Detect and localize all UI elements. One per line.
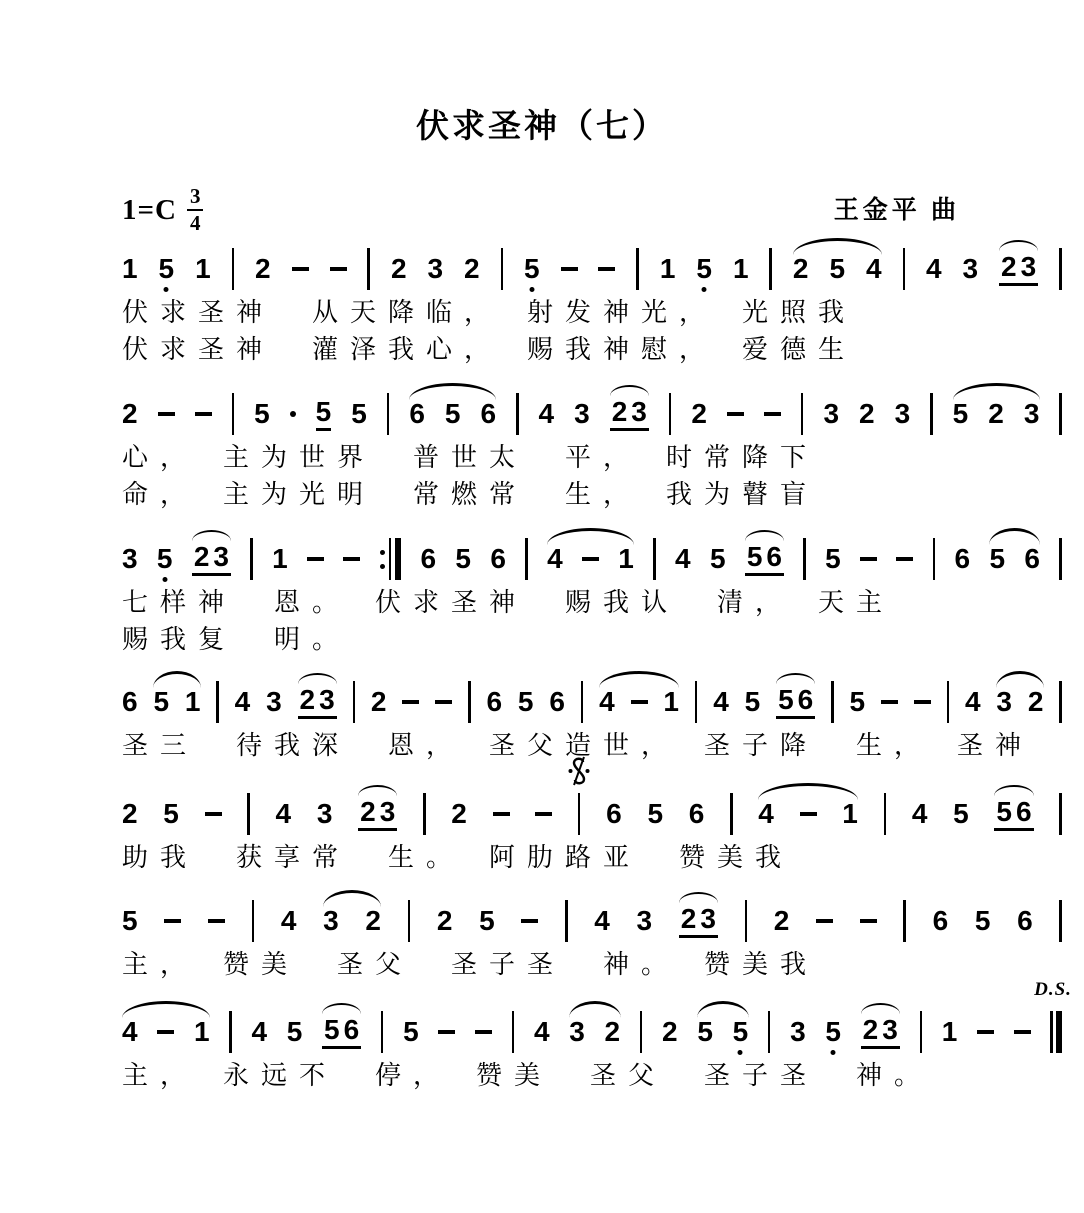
note: 2 — [360, 798, 376, 826]
barline — [512, 1011, 515, 1053]
note: 6 — [549, 688, 565, 716]
note: 3 — [266, 688, 282, 716]
page-title: 伏求圣神（七） — [0, 100, 1084, 147]
note: 2 — [1028, 688, 1044, 716]
barline — [387, 393, 390, 435]
barline-stroke — [389, 538, 392, 580]
barline — [1059, 248, 1062, 290]
duration-dash — [164, 919, 181, 923]
barline — [1059, 900, 1062, 942]
note: 1 — [195, 255, 211, 283]
barline — [695, 681, 698, 723]
note: 4 — [912, 800, 928, 828]
note: 2 — [859, 400, 875, 428]
note: 5 — [163, 800, 179, 828]
note: 4 — [758, 800, 774, 828]
note: 6 — [955, 545, 971, 573]
duration-dash — [727, 412, 744, 416]
duration-dash — [330, 267, 347, 271]
note: 4 — [547, 545, 563, 573]
notation-row: 651432326564145565432 — [122, 678, 1062, 726]
note: 5 — [953, 800, 969, 828]
notation-row: 352316564145565656 — [122, 535, 1062, 583]
key-time-signature: 1=C 3 4 — [122, 186, 203, 234]
note: 3 — [213, 543, 229, 571]
note: 3 — [996, 688, 1012, 716]
barline-stroke — [1059, 681, 1062, 723]
note: 5 — [953, 400, 969, 428]
duration-dash — [881, 700, 898, 704]
note: 5 — [351, 400, 367, 428]
barline — [216, 681, 219, 723]
barline-stroke — [803, 538, 806, 580]
barline — [1059, 681, 1062, 723]
barline-stroke — [947, 681, 950, 723]
note: 3 — [790, 1018, 806, 1046]
note: 6 — [409, 400, 425, 428]
note: 3 — [319, 686, 335, 714]
note: 2 — [122, 400, 138, 428]
note: 3 — [631, 398, 647, 426]
note: 5 — [153, 688, 169, 716]
note: 5 — [122, 907, 138, 935]
note: 6 — [1016, 798, 1032, 826]
duration-dash — [157, 1030, 174, 1034]
note-pair: 23 — [358, 798, 397, 831]
barline-stroke — [381, 1011, 384, 1053]
note: 4 — [539, 400, 555, 428]
note: 2 — [194, 543, 210, 571]
note: 6 — [933, 907, 949, 935]
note: 5 — [975, 907, 991, 935]
barline-stroke — [831, 681, 834, 723]
notation-row: 151223251512544323 — [122, 245, 1062, 293]
note: 2 — [691, 400, 707, 428]
barline — [903, 900, 906, 942]
barline — [229, 1011, 232, 1053]
barline-stroke — [353, 681, 356, 723]
segno-icon — [568, 755, 590, 792]
duration-dash — [438, 1030, 455, 1034]
duration-dash — [402, 700, 419, 704]
barline-stroke — [769, 248, 772, 290]
barline-stroke — [408, 900, 411, 942]
barline — [730, 793, 733, 835]
note: 3 — [1024, 400, 1040, 428]
duration-dash — [435, 700, 452, 704]
note: 5 — [403, 1018, 419, 1046]
barline-stroke — [1059, 393, 1062, 435]
note-pair: 23 — [999, 253, 1038, 286]
barline-stroke — [250, 538, 253, 580]
barline-stroke — [653, 538, 656, 580]
note: 5 — [989, 545, 1005, 573]
time-signature-denominator: 4 — [190, 211, 201, 234]
lyric-line: 心， 主为世界 普世太 平， 时常降下 — [122, 440, 1062, 475]
barline-stroke — [512, 1011, 515, 1053]
note: 5 — [710, 545, 726, 573]
barline-stroke — [525, 538, 528, 580]
note-pair: 56 — [776, 686, 815, 719]
note: 5 — [159, 255, 175, 283]
note: 4 — [594, 907, 610, 935]
note-pair: 23 — [192, 543, 231, 576]
note: 5 — [849, 688, 865, 716]
music-system: 414556543225535231D.S.主， 永远不 停， 赞美 圣父 圣子… — [122, 1008, 1062, 1093]
key-signature: 1=C — [122, 194, 177, 227]
note: 2 — [863, 1016, 879, 1044]
note: 2 — [122, 800, 138, 828]
note: 1 — [842, 800, 858, 828]
augmentation-dot — [290, 411, 296, 417]
barline-stroke — [367, 248, 370, 290]
barline — [933, 538, 936, 580]
note: 5 — [778, 686, 794, 714]
note-pair: 23 — [861, 1016, 900, 1049]
lyric-line: 命， 主为光明 常燃常 生， 我为瞽盲 — [122, 477, 1062, 512]
barline-stroke — [516, 393, 519, 435]
barline — [423, 793, 426, 835]
barline — [247, 793, 250, 835]
barline-stroke — [640, 1011, 643, 1053]
time-signature: 3 4 — [187, 186, 204, 234]
note: 4 — [965, 688, 981, 716]
note: 3 — [380, 798, 396, 826]
note: 2 — [681, 905, 697, 933]
note: 4 — [599, 688, 615, 716]
duration-dash — [195, 412, 212, 416]
music-system: 651432326564145565432圣三 待我深 恩， 圣父造世， 圣子降… — [122, 678, 1062, 763]
time-signature-numerator: 3 — [187, 186, 204, 211]
lyric-line: 助我 获享常 生。 阿肋路亚 赞美我 — [122, 840, 1062, 875]
barline — [831, 681, 834, 723]
barline-stroke — [229, 1011, 232, 1053]
music-system: 151223251512544323伏求圣神 从天降临， 射发神光， 光照我伏求… — [122, 245, 1062, 367]
notation-row: 255565643232323523 — [122, 390, 1062, 438]
notation-row: 2543232656414556 — [122, 790, 1062, 838]
duration-dash — [521, 919, 538, 923]
barline-stroke — [730, 793, 733, 835]
barline-stroke — [247, 793, 250, 835]
barline-stroke — [669, 393, 672, 435]
note: 3 — [1021, 253, 1037, 281]
note: 3 — [882, 1016, 898, 1044]
barline-stroke — [1059, 793, 1062, 835]
note: 5 — [479, 907, 495, 935]
note: 5 — [316, 398, 332, 431]
barline-stroke — [1050, 1011, 1053, 1053]
barline-stroke — [578, 793, 581, 835]
note: 5 — [747, 543, 763, 571]
lyric-line: 伏求圣神 灌泽我心， 赐我神慰， 爱德生 — [122, 332, 1062, 367]
barline — [768, 1011, 771, 1053]
note-pair: 56 — [745, 543, 784, 576]
note: 5 — [996, 798, 1012, 826]
note: 5 — [696, 255, 712, 283]
repeat-barline — [380, 538, 402, 580]
note: 5 — [324, 1016, 340, 1044]
barline — [920, 1011, 923, 1053]
barline — [803, 538, 806, 580]
barline-stroke — [216, 681, 219, 723]
duration-dash — [896, 557, 913, 561]
note: 6 — [689, 800, 705, 828]
note: 6 — [421, 545, 437, 573]
note: 1 — [122, 255, 138, 283]
barline — [1059, 393, 1062, 435]
barline — [565, 900, 568, 942]
note: 4 — [235, 688, 251, 716]
barline-stroke — [387, 393, 390, 435]
barline — [801, 393, 804, 435]
note: 4 — [675, 545, 691, 573]
barline — [232, 248, 235, 290]
barline — [930, 393, 933, 435]
note: 6 — [606, 800, 622, 828]
note: 3 — [895, 400, 911, 428]
barline — [884, 793, 887, 835]
lyric-line: 主， 永远不 停， 赞美 圣父 圣子圣 神。 — [122, 1058, 1062, 1093]
note: 6 — [486, 688, 502, 716]
barline-stroke — [1059, 538, 1062, 580]
note: 2 — [988, 400, 1004, 428]
duration-dash — [343, 557, 360, 561]
barline-stroke — [468, 681, 471, 723]
note: 2 — [437, 907, 453, 935]
note: 5 — [825, 1018, 841, 1046]
barline-stroke — [581, 681, 584, 723]
barline — [636, 248, 639, 290]
barline — [1059, 793, 1062, 835]
note: 2 — [464, 255, 480, 283]
barline-stroke — [1059, 248, 1062, 290]
duration-dash — [860, 919, 877, 923]
duration-dash — [582, 557, 599, 561]
note: 6 — [480, 400, 496, 428]
barline-stroke — [636, 248, 639, 290]
note: 6 — [344, 1016, 360, 1044]
barline — [232, 393, 235, 435]
barline-stroke — [695, 681, 698, 723]
duration-dash — [860, 557, 877, 561]
duration-dash — [561, 267, 578, 271]
note: 5 — [647, 800, 663, 828]
barline — [653, 538, 656, 580]
barline-stroke — [884, 793, 887, 835]
duration-dash — [1014, 1030, 1031, 1034]
note: 6 — [766, 543, 782, 571]
note: 4 — [251, 1018, 267, 1046]
note: 6 — [798, 686, 814, 714]
barline — [353, 681, 356, 723]
note: 2 — [365, 907, 381, 935]
barline — [525, 538, 528, 580]
note: 2 — [451, 800, 467, 828]
music-system: 54322543232656主， 赞美 圣父 圣子圣 神。 赞美我 — [122, 897, 1062, 982]
composer-credit: 王金平 曲 — [834, 190, 960, 226]
barline — [669, 393, 672, 435]
notation-row: 414556543225535231D.S. — [122, 1008, 1062, 1056]
note: 5 — [745, 688, 761, 716]
barline-stroke — [930, 393, 933, 435]
duration-dash — [158, 412, 175, 416]
note: 5 — [455, 545, 471, 573]
note: 3 — [636, 907, 652, 935]
music-system: 2543232656414556助我 获享常 生。 阿肋路亚 赞美我 — [122, 790, 1062, 875]
barline-stroke — [920, 1011, 923, 1053]
duration-dash — [764, 412, 781, 416]
barline-stroke — [501, 248, 504, 290]
duration-dash — [475, 1030, 492, 1034]
note: 6 — [1017, 907, 1033, 935]
note: 4 — [534, 1018, 550, 1046]
note: 4 — [713, 688, 729, 716]
note: 5 — [825, 545, 841, 573]
note: 5 — [445, 400, 461, 428]
note: 1 — [194, 1018, 210, 1046]
duration-dash — [631, 700, 648, 704]
note-pair: 23 — [298, 686, 337, 719]
barline-stroke — [801, 393, 804, 435]
barline — [578, 793, 581, 835]
note: 1 — [185, 688, 201, 716]
duration-dash — [208, 919, 225, 923]
barline — [947, 681, 950, 723]
note: 1 — [660, 255, 676, 283]
note: 4 — [866, 255, 882, 283]
note: 4 — [281, 907, 297, 935]
note: 5 — [518, 688, 534, 716]
note: 2 — [1001, 253, 1017, 281]
note: 6 — [490, 545, 506, 573]
note-pair: 23 — [679, 905, 718, 938]
lyric-line: 赐我复 明。 — [122, 622, 1062, 657]
note-pair: 56 — [322, 1016, 361, 1049]
note: 2 — [300, 686, 316, 714]
note: 4 — [122, 1018, 138, 1046]
note: 1 — [663, 688, 679, 716]
duration-dash — [816, 919, 833, 923]
note: 3 — [569, 1018, 585, 1046]
note: 5 — [697, 1018, 713, 1046]
duration-dash — [914, 700, 931, 704]
barline — [903, 248, 906, 290]
duration-dash — [800, 812, 817, 816]
barline-stroke — [232, 248, 235, 290]
note: 3 — [323, 907, 339, 935]
lyric-line: 伏求圣神 从天降临， 射发神光， 光照我 — [122, 295, 1062, 330]
note: 3 — [823, 400, 839, 428]
note-pair: 23 — [610, 398, 649, 431]
repeat-dots — [380, 538, 385, 580]
note: 4 — [926, 255, 942, 283]
barline-stroke — [903, 248, 906, 290]
note: 5 — [733, 1018, 749, 1046]
note: 3 — [963, 255, 979, 283]
note: 5 — [157, 545, 173, 573]
note: 3 — [317, 800, 333, 828]
barline — [581, 681, 584, 723]
barline-stroke — [768, 1011, 771, 1053]
ds-marking: D.S. — [1034, 979, 1072, 1001]
note: 3 — [700, 905, 716, 933]
note: 1 — [733, 255, 749, 283]
note: 5 — [524, 255, 540, 283]
barline — [516, 393, 519, 435]
note: 3 — [122, 545, 138, 573]
barline — [1059, 538, 1062, 580]
note: 5 — [829, 255, 845, 283]
barline-stroke — [903, 900, 906, 942]
duration-dash — [292, 267, 309, 271]
note: 3 — [574, 400, 590, 428]
note: 2 — [605, 1018, 621, 1046]
barline — [468, 681, 471, 723]
note: 6 — [1024, 545, 1040, 573]
duration-dash — [493, 812, 510, 816]
barline-stroke — [252, 900, 255, 942]
note: 2 — [774, 907, 790, 935]
barline — [250, 538, 253, 580]
note: 2 — [612, 398, 628, 426]
barline-stroke — [1056, 1011, 1062, 1053]
note: 2 — [793, 255, 809, 283]
note: 1 — [942, 1018, 958, 1046]
note: 2 — [391, 255, 407, 283]
duration-dash — [535, 812, 552, 816]
barline — [640, 1011, 643, 1053]
note: 6 — [122, 688, 138, 716]
barline — [408, 900, 411, 942]
barline — [745, 900, 748, 942]
barline — [367, 248, 370, 290]
barline — [769, 248, 772, 290]
final-barline: D.S. — [1050, 1011, 1062, 1053]
note-pair: 56 — [994, 798, 1033, 831]
lyric-line: 七样神 恩。 伏求圣神 赐我认 清， 天主 — [122, 585, 1062, 620]
barline-stroke — [423, 793, 426, 835]
note: 2 — [255, 255, 271, 283]
barline — [252, 900, 255, 942]
duration-dash — [598, 267, 615, 271]
note: 1 — [618, 545, 634, 573]
barline — [501, 248, 504, 290]
barline-stroke — [933, 538, 936, 580]
notation-row: 54322543232656 — [122, 897, 1062, 945]
note: 2 — [662, 1018, 678, 1046]
music-system: 352316564145565656七样神 恩。 伏求圣神 赐我认 清， 天主赐… — [122, 535, 1062, 657]
barline — [381, 1011, 384, 1053]
note: 3 — [427, 255, 443, 283]
barline-stroke — [395, 538, 401, 580]
barline-stroke — [1059, 900, 1062, 942]
note: 2 — [371, 688, 387, 716]
duration-dash — [205, 812, 222, 816]
lyric-line: 圣三 待我深 恩， 圣父造世， 圣子降 生， 圣神 — [122, 728, 1062, 763]
note: 1 — [272, 545, 288, 573]
note: 5 — [254, 400, 270, 428]
duration-dash — [977, 1030, 994, 1034]
barline-stroke — [745, 900, 748, 942]
barline-stroke — [232, 393, 235, 435]
lyric-line: 主， 赞美 圣父 圣子圣 神。 赞美我 — [122, 947, 1062, 982]
music-system: 255565643232323523心， 主为世界 普世太 平， 时常降下命， … — [122, 390, 1062, 512]
duration-dash — [307, 557, 324, 561]
note: 4 — [276, 800, 292, 828]
note: 5 — [287, 1018, 303, 1046]
barline-stroke — [565, 900, 568, 942]
